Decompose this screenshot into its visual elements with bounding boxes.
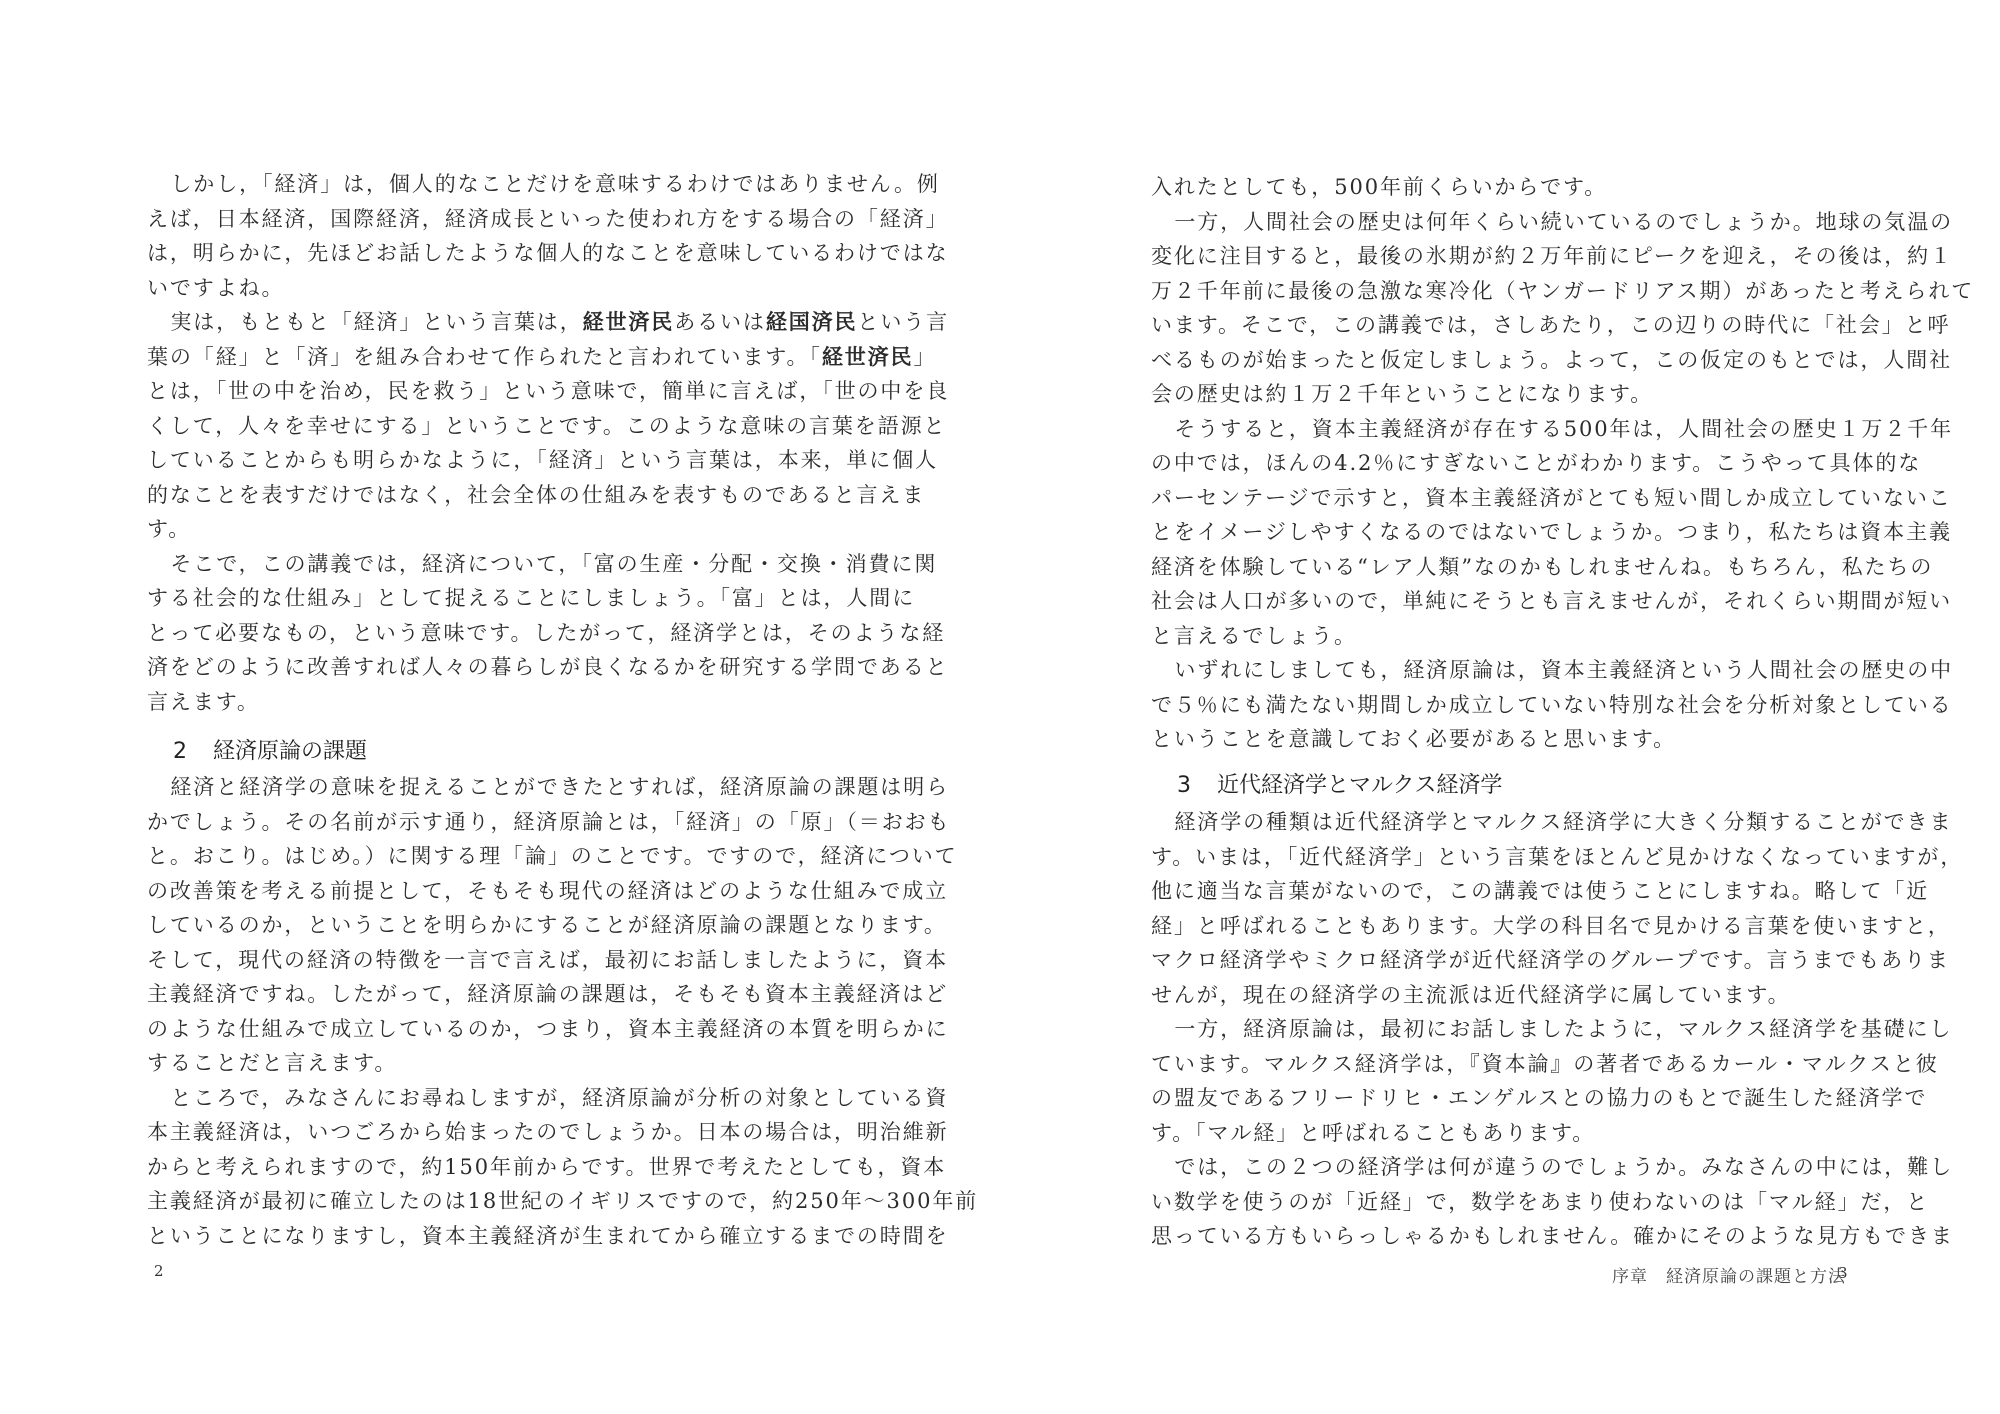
text-line: とって必要なもの，という意味です。したがって，経済学とは，そのような経 [147,616,849,651]
text-line: ということになりますし，資本主義経済が生まれてから確立するまでの時間を [147,1219,849,1254]
text-line: しているのか，ということを明らかにすることが経済原論の課題となります。 [147,908,849,943]
text-line: 葉の「経」と「済」を組み合わせて作られたと言われています。「経世済民」 [147,340,849,375]
text-line: そして，現代の経済の特徴を一言で言えば，最初にお話しましたように，資本 [147,943,849,978]
text-line: 社会は人口が多いので，単純にそうとも言えませんが，それくらい期間が短い [1151,584,1853,619]
text-line: くして，人々を幸せにする」ということです。このような意味の言葉を語源と [147,409,849,444]
text-line: す。「マル経」と呼ばれることもあります。 [1151,1116,1853,1151]
text-line: 一方，経済原論は，最初にお話しましたように，マルクス経済学を基礎にし [1151,1012,1853,1047]
section-heading: 2経済原論の課題 [147,734,367,770]
text-line: 経済を体験している“レア人類”なのかもしれませんね。もちろん，私たちの [1151,550,1853,585]
bold-term: 経世済民 [583,309,675,334]
text-line: からと考えられますので，約150年前からです。世界で考えたとしても，資本 [147,1150,849,1185]
text-line: 経」と呼ばれることもあります。大学の科目名で見かける言葉を使いますと， [1151,909,1853,944]
text-line: 一方，人間社会の歴史は何年くらい続いているのでしょうか。地球の気温の [1151,205,1853,240]
text-line: では，この２つの経済学は何が違うのでしょうか。みなさんの中には，難し [1151,1150,1853,1185]
text-line: えば，日本経済，国際経済，経済成長といった使われ方をする場合の「経済」 [147,202,849,237]
text-line: と。おこり。はじめ。）に関する理「論」のことです。ですので，経済について [147,839,849,874]
text-line: の中では，ほんの4.2％にすぎないことがわかります。こうやって具体的な [1151,446,1853,481]
text-line: 経済と経済学の意味を捉えることができたとすれば，経済原論の課題は明ら [147,770,849,805]
text-line: 他に適当な言葉がないので，この講義では使うことにしますね。略して「近 [1151,874,1853,909]
text-line: のような仕組みで成立しているのか，つまり，資本主義経済の本質を明らかに [147,1012,849,1047]
text-line: する社会的な仕組み」として捉えることにしましょう。「富」とは，人間に [147,581,849,616]
text-line: す。いまは，「近代経済学」という言葉をほとんど見かけなくなっていますが， [1151,840,1853,875]
running-head: 序章 経済原論の課題と方法 [1612,1262,1846,1287]
text-line: と言えるでしょう。 [1151,619,1853,654]
text-line: ということを意識しておく必要があると思います。 [1151,722,1853,757]
text-line: は，明らかに，先ほどお話したような個人的なことを意味しているわけではな [147,236,849,271]
section-number: 2 [147,734,213,770]
text-line: 済をどのように改善すれば人々の暮らしが良くなるかを研究する学問であると [147,650,849,685]
text-line: そうすると，資本主義経済が存在する500年は，人間社会の歴史１万２千年 [1151,412,1853,447]
bold-term: 経世済民 [822,344,914,369]
text-line: 変化に注目すると，最後の氷期が約２万年前にピークを迎え，その後は，約１ [1151,239,1853,274]
text-line: パーセンテージで示すと，資本主義経済がとても短い間しか成立していないこ [1151,481,1853,516]
text-line: 会の歴史は約１万２千年ということになります。 [1151,377,1853,412]
text-line: いですよね。 [147,271,849,306]
text-line: べるものが始まったと仮定しましょう。よって，この仮定のもとでは，人間社 [1151,343,1853,378]
text-line: 的なことを表すだけではなく，社会全体の仕組みを表すものであると言えま [147,478,849,513]
text-line: とは，「世の中を治め，民を救う」という意味で，簡単に言えば，「世の中を良 [147,374,849,409]
text-line: 思っている方もいらっしゃるかもしれません。確かにそのような見方もできま [1151,1219,1853,1254]
page-number-left: 2 [154,1262,164,1280]
bold-term: 経国済民 [766,309,858,334]
text-line: することだと言えます。 [147,1046,849,1081]
text-line: しかし，「経済」は，個人的なことだけを意味するわけではありません。例 [147,167,849,202]
section-title: 近代経済学とマルクス経済学 [1217,773,1502,798]
text-line: の盟友であるフリードリヒ・エンゲルスとの協力のもとで誕生した経済学で [1151,1081,1853,1116]
text-line: とをイメージしやすくなるのではないでしょうか。つまり，私たちは資本主義 [1151,515,1853,550]
text-line: かでしょう。その名前が示す通り，経済原論とは，「経済」の「原」（＝おおも [147,805,849,840]
text-line: 言えます。 [147,685,849,720]
text-line: ています。マルクス経済学は，『資本論』の著者であるカール・マルクスと彼 [1151,1047,1853,1082]
section-title: 経済原論の課題 [213,739,367,764]
text-line: の改善策を考える前提として，そもそも現代の経済はどのような仕組みで成立 [147,874,849,909]
text-line: 経済学の種類は近代経済学とマルクス経済学に大きく分類することができま [1151,805,1853,840]
text-line: ところで，みなさんにお尋ねしますが，経済原論が分析の対象としている資 [147,1081,849,1116]
text-line: 主義経済が最初に確立したのは18世紀のイギリスですので，約250年～300年前 [147,1184,849,1219]
text-line: す。 [147,512,849,547]
text-line: していることからも明らかなように，「経済」という言葉は，本来，単に個人 [147,443,849,478]
text-line: 入れたとしても，500年前くらいからです。 [1151,170,1853,205]
left-page: しかし，「経済」は，個人的なことだけを意味するわけではありません。例えば，日本経… [0,0,1000,1414]
text-line: そこで，この講義では，経済について，「富の生産・分配・交換・消費に関 [147,547,849,582]
page-number-right: 3 [1838,1264,1848,1282]
text-line: い数学を使うのが「近経」で，数学をあまり使わないのは「マル経」だ，と [1151,1185,1853,1220]
text-line: せんが，現在の経済学の主流派は近代経済学に属しています。 [1151,978,1853,1013]
text-line: で５％にも満たない期間しか成立していない特別な社会を分析対象としている [1151,688,1853,723]
right-page: 入れたとしても，500年前くらいからです。一方，人間社会の歴史は何年くらい続いて… [1000,0,2000,1414]
text-line: 主義経済ですね。したがって，経済原論の課題は，そもそも資本主義経済はど [147,977,849,1012]
text-line: 本主義経済は，いつごろから始まったのでしょうか。日本の場合は，明治維新 [147,1115,849,1150]
text-line: いずれにしましても，経済原論は，資本主義経済という人間社会の歴史の中 [1151,653,1853,688]
section-number: 3 [1151,768,1217,804]
section-heading: 3近代経済学とマルクス経済学 [1151,768,1502,804]
text-line: 万２千年前に最後の急激な寒冷化（ヤンガードリアス期）があったと考えられて [1151,274,1853,309]
text-line: います。そこで，この講義では，さしあたり，この辺りの時代に「社会」と呼 [1151,308,1853,343]
text-line: マクロ経済学やミクロ経済学が近代経済学のグループです。言うまでもありま [1151,943,1853,978]
text-line: 実は，もともと「経済」という言葉は，経世済民あるいは経国済民という言 [147,305,849,340]
